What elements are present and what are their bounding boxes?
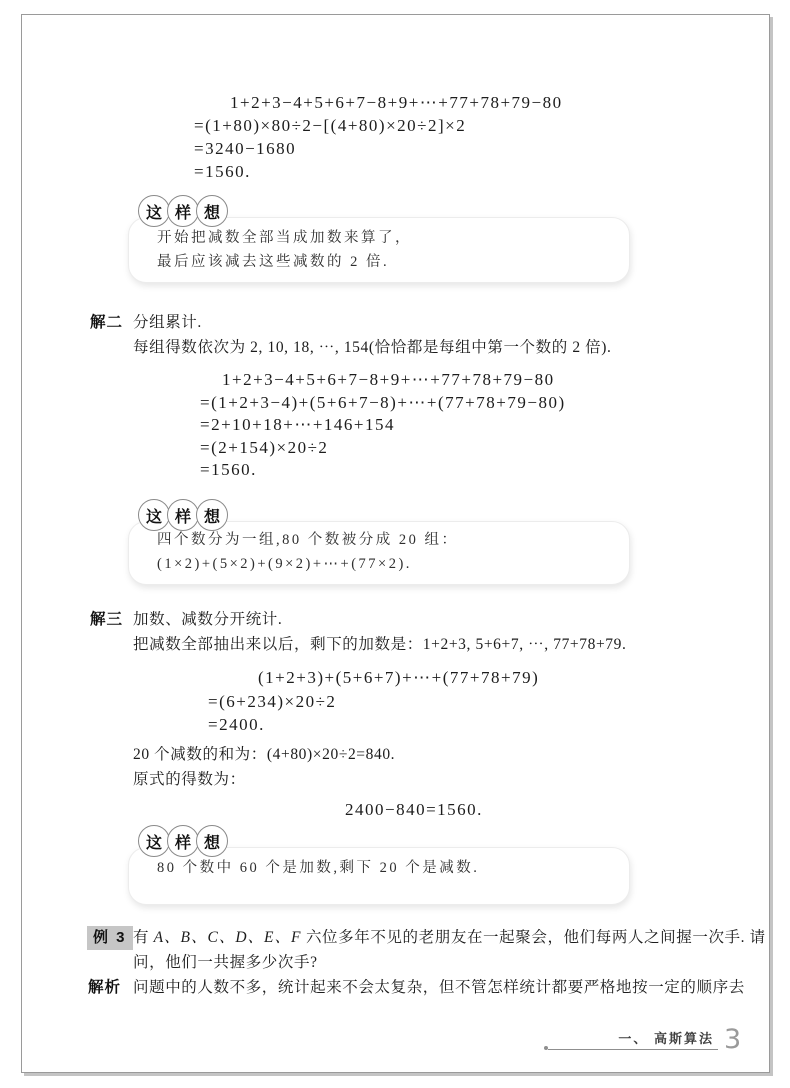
example3-letters: A、B、C、D、E、F — [154, 929, 302, 946]
math-line: =2+10+18+⋯+146+154 — [200, 414, 395, 436]
badge-char-3: 想 — [196, 195, 228, 227]
think-badge-1: 这 样 想 — [138, 195, 228, 227]
think-line: 最后应该减去这些减数的 2 倍. — [157, 251, 389, 273]
badge-char-2: 样 — [167, 499, 199, 531]
think-line: (1×2)+(5×2)+(9×2)+⋯+(77×2). — [157, 553, 412, 575]
think-line: 80 个数中 60 个是加数,剩下 20 个是减数. — [157, 857, 479, 879]
math-line: (1+2+3)+(5+6+7)+⋯+(77+78+79) — [258, 667, 539, 689]
solution3-body: 把减数全部抽出来以后，剩下的加数是：1+2+3, 5+6+7, ⋯, 77+78… — [133, 634, 626, 656]
math-line: =1560. — [194, 161, 251, 183]
example3-label: 例 3 — [87, 926, 133, 950]
badge-char-2: 样 — [167, 195, 199, 227]
math-line: =(2+154)×20÷2 — [200, 437, 328, 459]
example3-line1-pre: 有 — [133, 929, 154, 946]
math-line: =(6+234)×20÷2 — [208, 691, 336, 713]
example3-line2: 问，他们一共握多少次手? — [133, 952, 318, 974]
solution3-note: 20 个减数的和为：(4+80)×20÷2=840. — [133, 744, 395, 766]
footer-rule — [548, 1049, 718, 1050]
badge-char-1: 这 — [138, 825, 170, 857]
math-line: =(1+2+3−4)+(5+6+7−8)+⋯+(77+78+79−80) — [200, 392, 566, 414]
badge-char-1: 这 — [138, 195, 170, 227]
math-line: =2400. — [208, 714, 265, 736]
example3-line1-post: 六位多年不见的老朋友在一起聚会，他们每两人之间握一次手. 请 — [301, 929, 765, 946]
math-line: 1+2+3−4+5+6+7−8+9+⋯+77+78+79−80 — [230, 92, 563, 114]
analysis-line: 问题中的人数不多，统计起来不会太复杂，但不管怎样统计都要严格地按一定的顺序去 — [133, 977, 745, 999]
example3-line1: 有 A、B、C、D、E、F 六位多年不见的老朋友在一起聚会，他们每两人之间握一次… — [133, 927, 766, 949]
think-badge-3: 这 样 想 — [138, 825, 228, 857]
think-line: 开始把减数全部当成加数来算了， — [157, 227, 412, 249]
solution3-note: 原式的得数为： — [133, 769, 246, 791]
math-line: 1+2+3−4+5+6+7−8+9+⋯+77+78+79−80 — [222, 369, 555, 391]
solution3-title: 加数、减数分开统计. — [133, 609, 282, 631]
footer-page-number: 3 — [724, 1025, 741, 1055]
math-line: =1560. — [200, 459, 257, 481]
solution3-label: 解三 — [90, 609, 123, 631]
math-line: =3240−1680 — [194, 138, 296, 160]
badge-char-3: 想 — [196, 825, 228, 857]
footer-chapter: 一、 高斯算法 — [542, 1031, 714, 1047]
solution2-body: 每组得数依次为 2, 10, 18, ⋯, 154(恰恰都是每组中第一个数的 2… — [133, 337, 611, 359]
badge-char-3: 想 — [196, 499, 228, 531]
solution2-title: 分组累计. — [133, 312, 202, 334]
think-line: 四个数分为一组,80 个数被分成 20 组： — [157, 529, 459, 551]
think-badge-2: 这 样 想 — [138, 499, 228, 531]
badge-char-1: 这 — [138, 499, 170, 531]
solution2-label: 解二 — [90, 312, 123, 334]
analysis-label: 解析 — [88, 977, 121, 999]
math-result-line: 2400−840=1560. — [345, 799, 483, 821]
textbook-page: 1+2+3−4+5+6+7−8+9+⋯+77+78+79−80 =(1+80)×… — [21, 14, 770, 1073]
math-line: =(1+80)×80÷2−[(4+80)×20÷2]×2 — [194, 115, 466, 137]
badge-char-2: 样 — [167, 825, 199, 857]
